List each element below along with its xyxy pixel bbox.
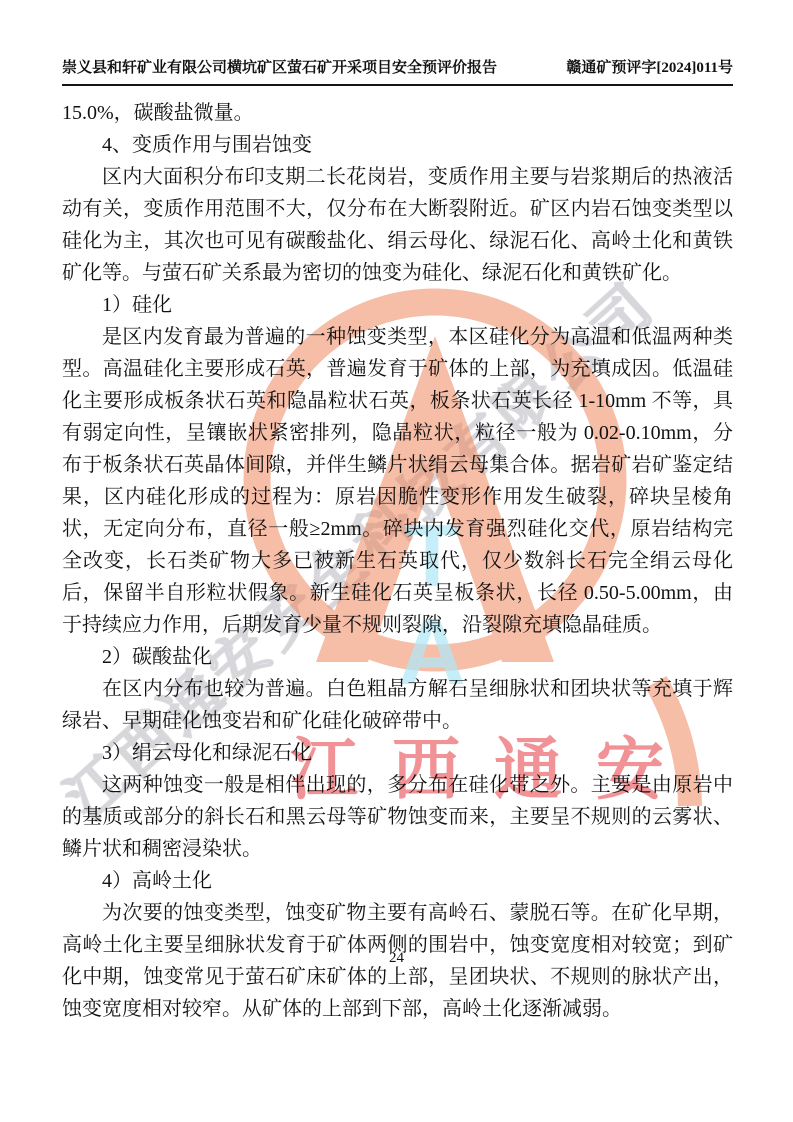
document-page: 江西通安安全科技有限公司 T A 江西通安 崇义县和轩矿业有限公司横坑矿区萤石矿… bbox=[0, 0, 793, 1122]
subsection-heading: 4）高岭土化 bbox=[62, 865, 733, 897]
subsection-heading: 3）绢云母化和绿泥石化 bbox=[62, 737, 733, 769]
paragraph: 在区内分布也较为普遍。白色粗晶方解石呈细脉状和团块状等充填于辉绿岩、早期硅化蚀变… bbox=[62, 673, 733, 737]
page-number: 24 bbox=[389, 950, 404, 966]
subsection-heading: 2）碳酸盐化 bbox=[62, 641, 733, 673]
paragraph: 15.0%，碳酸盐微量。 bbox=[62, 97, 733, 129]
body-text: 15.0%，碳酸盐微量。 4、变质作用与围岩蚀变 区内大面积分布印支期二长花岗岩… bbox=[62, 97, 733, 1025]
section-heading: 4、变质作用与围岩蚀变 bbox=[62, 129, 733, 161]
paragraph: 是区内发育最为普遍的一种蚀变类型，本区硅化分为高温和低温两种类型。高温硅化主要形… bbox=[62, 321, 733, 641]
paragraph: 区内大面积分布印支期二长花岗岩，变质作用主要与岩浆期后的热液活动有关，变质作用范… bbox=[62, 161, 733, 289]
page-footer: 24 bbox=[0, 950, 793, 967]
page-content: 崇义县和轩矿业有限公司横坑矿区萤石矿开采项目安全预评价报告 赣通矿预评字[202… bbox=[0, 56, 793, 1025]
header-report-title: 崇义县和轩矿业有限公司横坑矿区萤石矿开采项目安全预评价报告 bbox=[62, 56, 497, 77]
header-document-number: 赣通矿预评字[2024]011号 bbox=[566, 56, 733, 77]
paragraph: 这两种蚀变一般是相伴出现的，多分布在硅化带之外。主要是由原岩中的基质或部分的斜长… bbox=[62, 769, 733, 865]
page-header: 崇义县和轩矿业有限公司横坑矿区萤石矿开采项目安全预评价报告 赣通矿预评字[202… bbox=[62, 56, 733, 86]
subsection-heading: 1）硅化 bbox=[62, 289, 733, 321]
